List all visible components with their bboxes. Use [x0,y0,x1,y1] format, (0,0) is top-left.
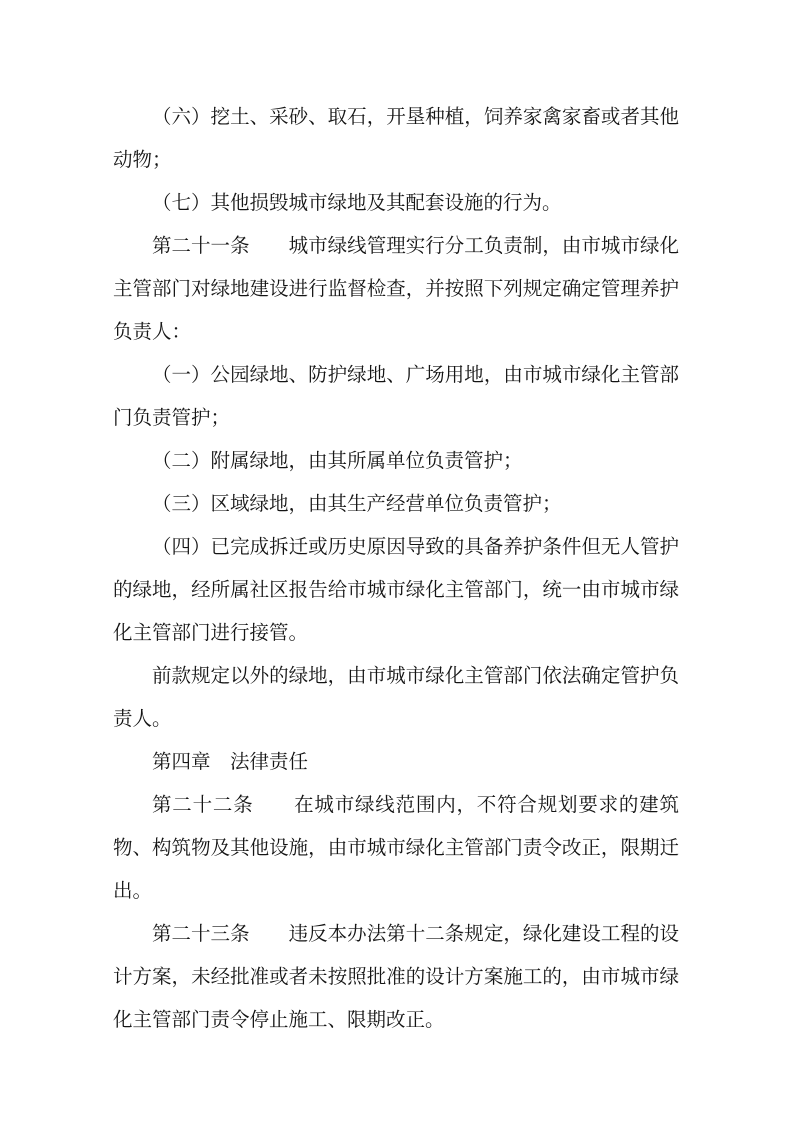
closing-provision: 前款规定以外的绿地，由市城市绿化主管部门依法确定管护负责人。 [113,655,679,741]
clause-item-6: （六）挖土、采砂、取石，开垦种植，饲养家禽家畜或者其他动物； [113,96,679,182]
document-text-column: （六）挖土、采砂、取石，开垦种植，饲养家禽家畜或者其他动物； （七）其他损毁城市… [113,96,679,1042]
subclause-item-2: （二）附属绿地，由其所属单位负责管护； [113,440,679,483]
subclause-item-3: （三）区域绿地，由其生产经营单位负责管护； [113,483,679,526]
article-21-paragraph: 第二十一条 城市绿线管理实行分工负责制，由市城市绿化主管部门对绿地建设进行监督检… [113,225,679,354]
article-22-paragraph: 第二十二条 在城市绿线范围内，不符合规划要求的建筑物、构筑物及其他设施，由市城市… [113,784,679,913]
article-23-paragraph: 第二十三条 违反本办法第十二条规定，绿化建设工程的设计方案，未经批准或者未按照批… [113,913,679,1042]
clause-item-7: （七）其他损毁城市绿地及其配套设施的行为。 [113,182,679,225]
chapter-heading: 第四章 法律责任 [113,741,679,784]
subclause-item-1: （一）公园绿地、防护绿地、广场用地，由市城市绿化主管部门负责管护； [113,354,679,440]
subclause-item-4: （四）已完成拆迁或历史原因导致的具备养护条件但无人管护的绿地，经所属社区报告给市… [113,526,679,655]
document-page: （六）挖土、采砂、取石，开垦种植，饲养家禽家畜或者其他动物； （七）其他损毁城市… [0,0,793,1122]
